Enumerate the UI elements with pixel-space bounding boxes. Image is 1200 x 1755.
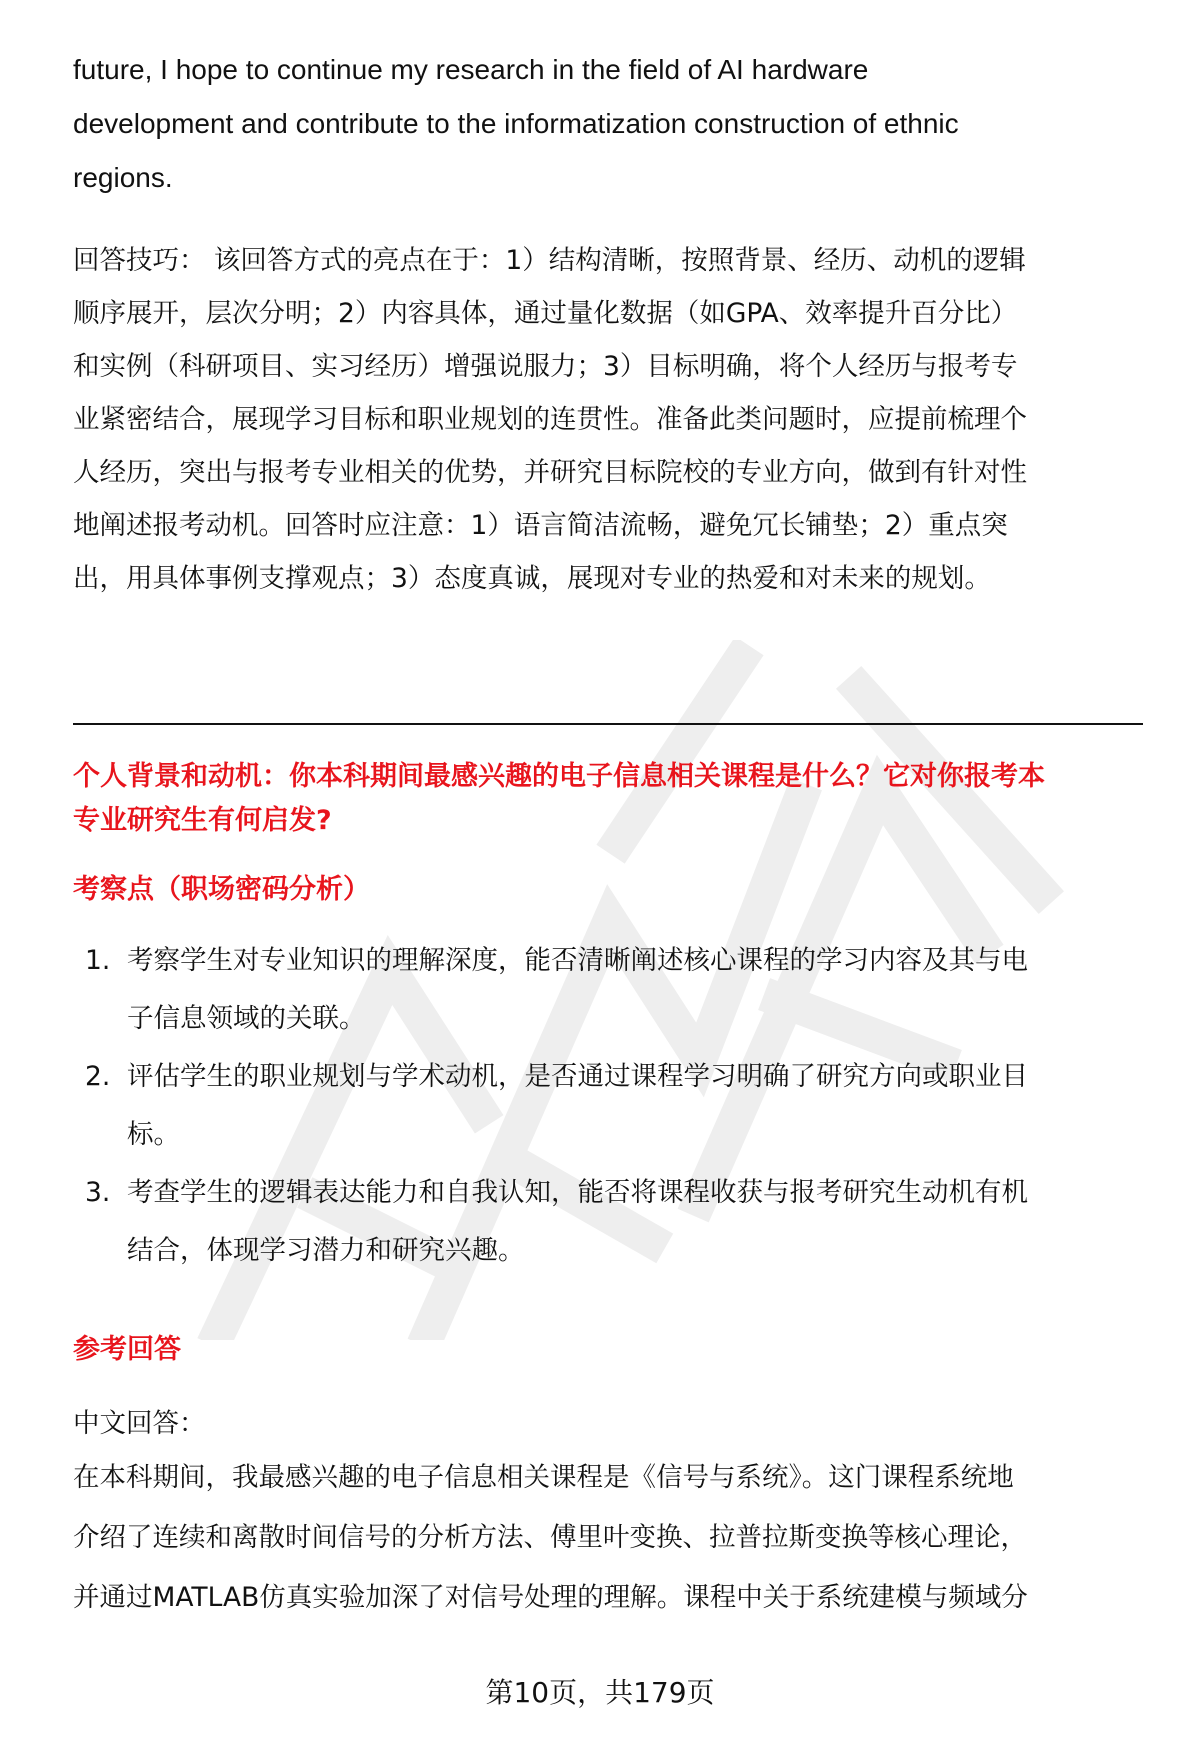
paragraph-line: 在本科期间，我最感兴趣的电子信息相关课程是《信号与系统》。这门课程系统地 — [73, 1448, 1143, 1508]
paragraph-line: 业紧密结合，展现学习目标和职业规划的连贯性。准备此类问题时，应提前梳理个 — [73, 393, 1143, 446]
assessment-list: 1. 考察学生对专业知识的理解深度，能否清晰阐述核心课程的学习内容及其与电 子信… — [73, 932, 1143, 1280]
list-number: 2. — [85, 1048, 110, 1106]
reference-answer-body: 中文回答： 在本科期间，我最感兴趣的电子信息相关课程是《信号与系统》。这门课程系… — [73, 1400, 1143, 1628]
paragraph-line: future, I hope to continue my research i… — [73, 43, 959, 97]
list-item: 3. 考查学生的逻辑表达能力和自我认知，能否将课程收获与报考研究生动机有机 结合… — [73, 1164, 1143, 1280]
paragraph-line: 并通过MATLAB仿真实验加深了对信号处理的理解。课程中关于系统建模与频域分 — [73, 1568, 1143, 1628]
question-heading: 个人背景和动机：你本科期间最感兴趣的电子信息相关课程是什么？它对你报考本 专业研… — [73, 755, 1143, 843]
intro-paragraph-en: future, I hope to continue my research i… — [73, 43, 959, 205]
list-item: 2. 评估学生的职业规划与学术动机，是否通过课程学习明确了研究方向或职业目 标。 — [73, 1048, 1143, 1164]
section-divider — [73, 723, 1143, 725]
paragraph-line: 回答技巧： 该回答方式的亮点在于：1）结构清晰，按照背景、经历、动机的逻辑 — [73, 234, 1143, 287]
paragraph-line: 地阐述报考动机。回答时应注意：1）语言简洁流畅，避免冗长铺垫；2）重点突 — [73, 499, 1143, 552]
assessment-heading: 考察点（职场密码分析） — [73, 870, 370, 910]
list-item-text: 子信息领域的关联。 — [127, 990, 1143, 1048]
paragraph-line: 介绍了连续和离散时间信号的分析方法、傅里叶变换、拉普拉斯变换等核心理论， — [73, 1508, 1143, 1568]
list-item-text: 考察学生对专业知识的理解深度，能否清晰阐述核心课程的学习内容及其与电 — [127, 932, 1143, 990]
list-item-text: 结合，体现学习潜力和研究兴趣。 — [127, 1222, 1143, 1280]
list-item-text: 标。 — [127, 1106, 1143, 1164]
paragraph-line: 和实例（科研项目、实习经历）增强说服力；3）目标明确，将个人经历与报考专 — [73, 340, 1143, 393]
list-item: 1. 考察学生对专业知识的理解深度，能否清晰阐述核心课程的学习内容及其与电 子信… — [73, 932, 1143, 1048]
list-item-text: 评估学生的职业规划与学术动机，是否通过课程学习明确了研究方向或职业目 — [127, 1048, 1143, 1106]
reference-answer-heading: 参考回答 — [73, 1330, 181, 1370]
answer-label: 中文回答： — [73, 1400, 1143, 1448]
paragraph-line: development and contribute to the inform… — [73, 97, 959, 151]
paragraph-line: 人经历，突出与报考专业相关的优势，并研究目标院校的专业方向，做到有针对性 — [73, 446, 1143, 499]
question-line: 个人背景和动机：你本科期间最感兴趣的电子信息相关课程是什么？它对你报考本 — [73, 755, 1143, 799]
paragraph-line: regions. — [73, 151, 959, 205]
question-line: 专业研究生有何启发? — [73, 799, 1143, 843]
page-indicator: 第10页，共179页 — [0, 1673, 1200, 1713]
list-item-text: 考查学生的逻辑表达能力和自我认知，能否将课程收获与报考研究生动机有机 — [127, 1164, 1143, 1222]
list-number: 1. — [85, 932, 110, 990]
paragraph-line: 顺序展开，层次分明；2）内容具体，通过量化数据（如GPA、效率提升百分比） — [73, 287, 1143, 340]
paragraph-line: 出，用具体事例支撑观点；3）态度真诚，展现对专业的热爱和对未来的规划。 — [73, 552, 1143, 605]
list-number: 3. — [85, 1164, 110, 1222]
tips-paragraph: 回答技巧： 该回答方式的亮点在于：1）结构清晰，按照背景、经历、动机的逻辑 顺序… — [73, 234, 1143, 605]
